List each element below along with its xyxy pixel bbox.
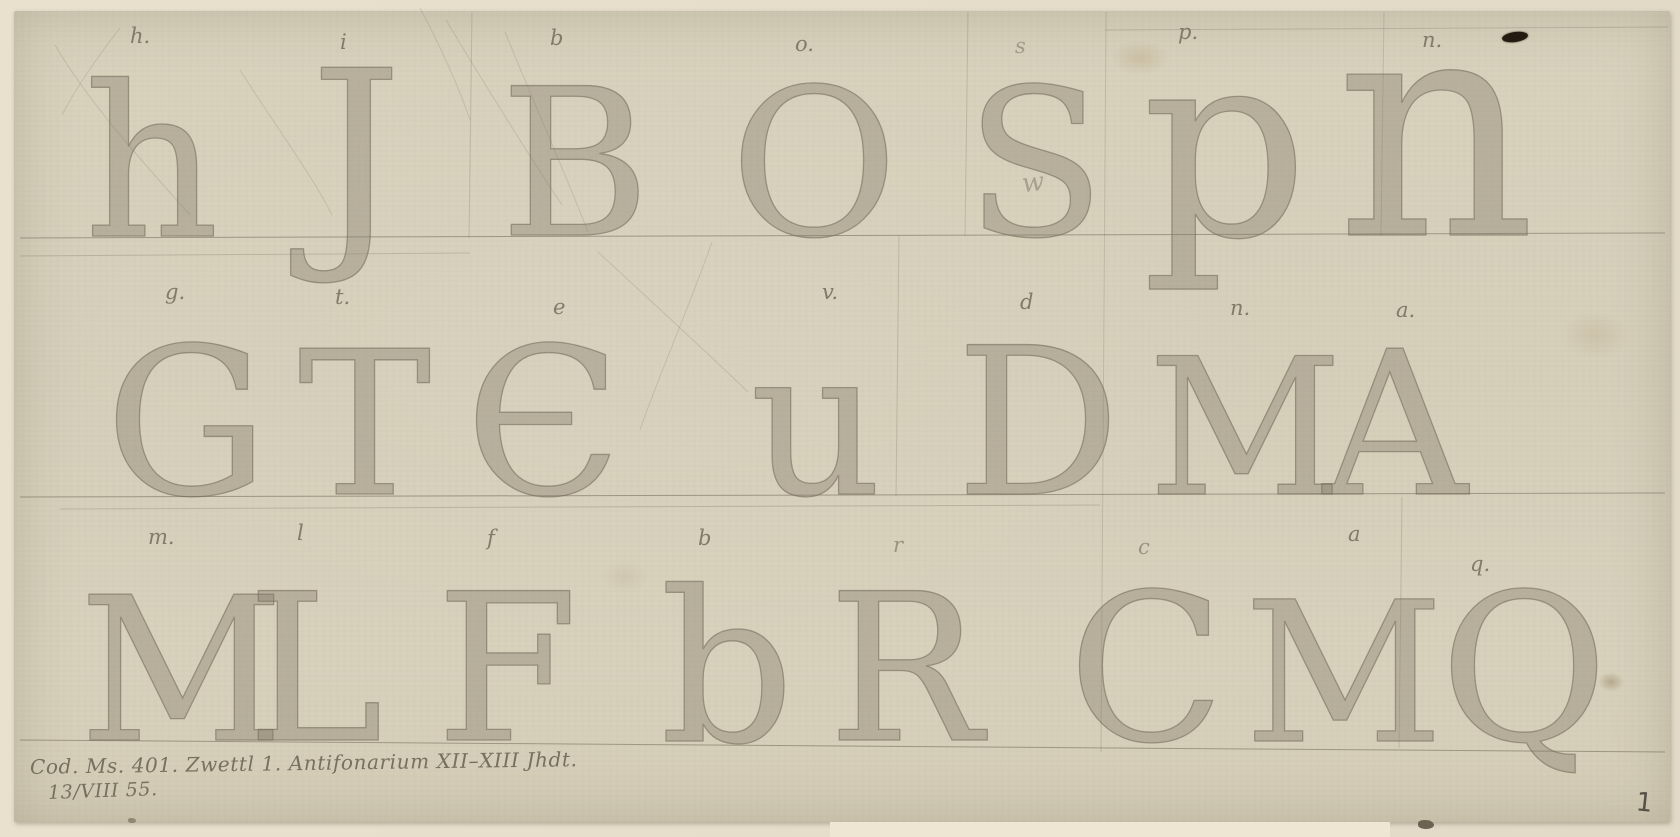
letter-label-b2: b <box>698 528 711 549</box>
letter-label-o: o. <box>795 34 814 55</box>
initial-letter-f: F <box>436 568 578 773</box>
initial-letter-o: O <box>730 63 898 268</box>
page-number: 1 <box>1634 787 1654 819</box>
initial-letter-h: h <box>84 59 219 269</box>
scanned-sheet-photo: h J B O S p n h. i b o. s p. n. w G T Є … <box>0 0 1680 837</box>
letter-label-e: e <box>553 297 565 318</box>
date-inscription: 13/VIII 55. <box>48 778 158 804</box>
backing-paper-patch <box>830 822 1390 837</box>
letter-label-n2: n. <box>1230 298 1250 319</box>
letter-label-g: g. <box>165 282 185 303</box>
initial-letter-n2: M <box>1148 334 1343 524</box>
letter-label-r: r <box>893 535 903 556</box>
letter-label-m: m. <box>148 527 175 548</box>
letter-label-a2: a <box>1348 524 1361 545</box>
initial-letter-p: p <box>1142 16 1308 276</box>
letter-label-q: q. <box>1470 554 1490 575</box>
letter-label-t: t. <box>335 287 350 308</box>
paper-chip <box>128 818 136 823</box>
letter-label-p: p. <box>1178 22 1198 43</box>
initial-letter-a: A <box>1323 326 1467 526</box>
initial-letter-g: G <box>105 322 269 527</box>
letter-label-i: i <box>340 32 347 53</box>
paper-chip <box>1418 820 1434 829</box>
initial-letter-b2: b <box>660 564 794 774</box>
initial-letter-s: S <box>965 63 1105 268</box>
letter-label-f: f <box>487 528 495 549</box>
letter-label-c: c <box>1138 537 1150 558</box>
initial-letter-l: L <box>247 568 383 773</box>
initial-letter-q: Q <box>1440 568 1608 773</box>
letter-label-n: n. <box>1422 30 1442 51</box>
letter-label-b: b <box>550 28 563 49</box>
letter-label-l: l <box>297 523 304 544</box>
letter-label-h: h. <box>130 26 150 47</box>
initial-letter-a2: M <box>1244 576 1444 771</box>
initial-letter-t: T <box>298 326 431 526</box>
initial-letter-i: J <box>310 42 402 272</box>
initial-letter-r: R <box>828 568 982 773</box>
pencil-mark-w: w <box>1021 169 1046 197</box>
letter-label-s: s <box>1015 36 1026 57</box>
initial-letter-c: C <box>1068 568 1225 773</box>
letter-label-a: a. <box>1396 300 1415 321</box>
initial-letter-e: Є <box>465 322 622 527</box>
initial-letter-d: D <box>956 322 1120 527</box>
initial-letter-b-cap: B <box>500 63 651 268</box>
letter-label-v: v. <box>822 282 838 303</box>
letter-label-d: d <box>1020 292 1033 313</box>
initial-letter-v: u <box>750 322 882 527</box>
